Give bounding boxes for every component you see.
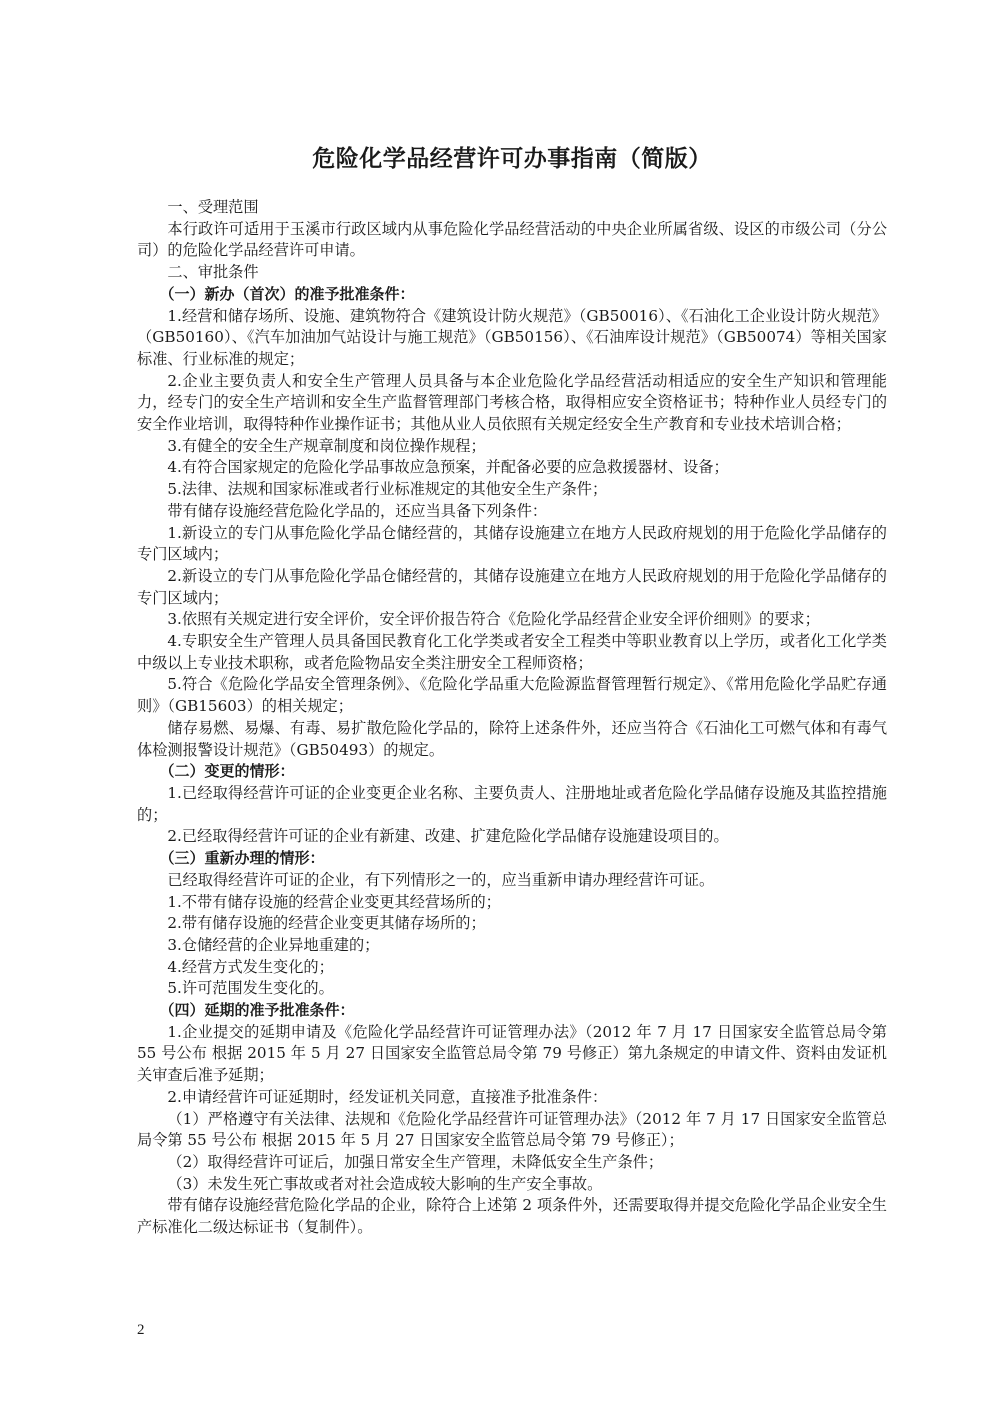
list-item: 2.申请经营许可证延期时，经发证机关同意，直接准予批准条件：	[137, 1087, 887, 1109]
list-item: 2.新设立的专门从事危险化学品仓储经营的，其储存设施建立在地方人民政府规划的用于…	[137, 566, 887, 609]
scope-paragraph: 本行政许可适用于玉溪市行政区域内从事危险化学品经营活动的中央企业所属省级、设区的…	[137, 219, 887, 262]
list-item: （3）未发生死亡事故或者对社会造成较大影响的生产安全事故。	[137, 1174, 887, 1196]
list-item: 3.依照有关规定进行安全评价，安全评价报告符合《危险化学品经营企业安全评价细则》…	[137, 609, 887, 631]
list-item: 5.符合《危险化学品安全管理条例》、《危险化学品重大危险源监督管理暂行规定》、《…	[137, 674, 887, 717]
list-item: 5.法律、法规和国家标准或者行业标准规定的其他安全生产条件；	[137, 479, 887, 501]
list-item: 3.仓储经营的企业异地重建的；	[137, 935, 887, 957]
list-item: 1.企业提交的延期申请及《危险化学品经营许可证管理办法》（2012 年 7 月 …	[137, 1022, 887, 1087]
list-item: 1.不带有储存设施的经营企业变更其经营场所的；	[137, 892, 887, 914]
list-item: 4.有符合国家规定的危险化学品事故应急预案，并配备必要的应急救援器材、设备；	[137, 457, 887, 479]
list-item: 2.企业主要负责人和安全生产管理人员具备与本企业危险化学品经营活动相适应的安全生…	[137, 371, 887, 436]
list-item: 4.专职安全生产管理人员具备国民教育化工化学类或者安全工程类中等职业教育以上学历…	[137, 631, 887, 674]
list-item: 3.有健全的安全生产规章制度和岗位操作规程；	[137, 436, 887, 458]
list-item: 4.经营方式发生变化的；	[137, 957, 887, 979]
page-title: 危险化学品经营许可办事指南（简版）	[137, 140, 887, 173]
storage-intro: 带有储存设施经营危险化学品的，还应当具备下列条件：	[137, 501, 887, 523]
reapply-intro: 已经取得经营许可证的企业，有下列情形之一的，应当重新申请办理经营许可证。	[137, 870, 887, 892]
list-item: 1.新设立的专门从事危险化学品仓储经营的，其储存设施建立在地方人民政府规划的用于…	[137, 523, 887, 566]
subsection-heading-change: （二）变更的情形：	[137, 761, 887, 783]
list-item: 1.已经取得经营许可证的企业变更企业名称、主要负责人、注册地址或者危险化学品储存…	[137, 783, 887, 826]
list-item: 2.已经取得经营许可证的企业有新建、改建、扩建危险化学品储存设施建设项目的。	[137, 826, 887, 848]
section-heading-scope: 一、受理范围	[137, 197, 887, 219]
list-item: （1）严格遵守有关法律、法规和《危险化学品经营许可证管理办法》（2012 年 7…	[137, 1109, 887, 1152]
subsection-heading-new: （一）新办（首次）的准予批准条件：	[137, 284, 887, 306]
list-item: 2.带有储存设施的经营企业变更其储存场所的；	[137, 913, 887, 935]
list-item: （2）取得经营许可证后，加强日常安全生产管理，未降低安全生产条件；	[137, 1152, 887, 1174]
extension-note: 带有储存设施经营危险化学品的企业，除符合上述第 2 项条件外，还需要取得并提交危…	[137, 1195, 887, 1238]
subsection-heading-extension: （四）延期的准予批准条件：	[137, 1000, 887, 1022]
list-item: 5.许可范围发生变化的。	[137, 978, 887, 1000]
storage-note: 储存易燃、易爆、有毒、易扩散危险化学品的，除符上述条件外，还应当符合《石油化工可…	[137, 718, 887, 761]
document-body: 一、受理范围 本行政许可适用于玉溪市行政区域内从事危险化学品经营活动的中央企业所…	[137, 197, 887, 1239]
page-number: 2	[137, 1322, 145, 1339]
subsection-heading-reapply: （三）重新办理的情形：	[137, 848, 887, 870]
section-heading-conditions: 二、审批条件	[137, 262, 887, 284]
list-item: 1.经营和储存场所、设施、建筑物符合《建筑设计防火规范》（GB50016）、《石…	[137, 306, 887, 371]
